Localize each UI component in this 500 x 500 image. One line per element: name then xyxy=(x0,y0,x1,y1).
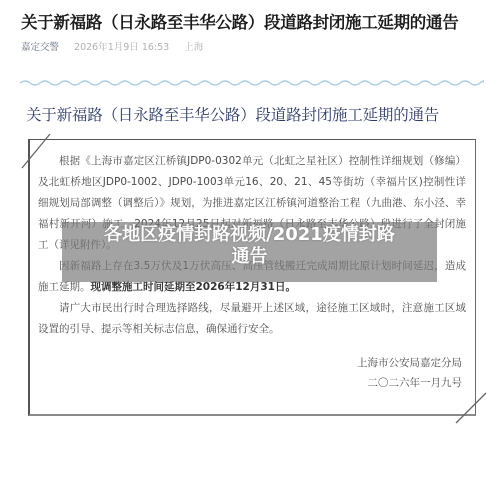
caption-overlay: 各地区疫情封路视频/2021疫情封路 通告 xyxy=(62,222,437,268)
caption-line-1: 各地区疫情封路视频/2021疫情封路 xyxy=(104,224,395,245)
signature-org: 上海市公安局嘉定分局 xyxy=(357,353,462,373)
frame-corner-bottom-right xyxy=(450,390,490,426)
publish-location: 上海 xyxy=(184,42,203,53)
document-title: 关于新福路（日永路至丰华公路）段道路封闭施工延期的通告 xyxy=(26,103,439,125)
page: 关于新福路（日永路至丰华公路）段道路封闭施工延期的通告 嘉定交警 2026年1月… xyxy=(0,0,500,500)
wavy-divider xyxy=(20,78,484,88)
paragraph-2-bold: 现调整施工时间延期至2026年12月31日。 xyxy=(91,281,296,293)
article-title: 关于新福路（日永路至丰华公路）段道路封闭施工延期的通告 xyxy=(21,9,458,33)
author-link[interactable]: 嘉定交警 xyxy=(21,42,59,53)
paragraph-3: 请广大市民出行时合理选择路线，尽量避开上述区域，途径施工区域时，注意施工区域设置… xyxy=(38,298,466,340)
publish-time: 2026年1月9日 16:53 xyxy=(74,42,169,53)
caption-line-2: 通告 xyxy=(62,246,437,268)
article-meta: 嘉定交警 2026年1月9日 16:53 上海 xyxy=(21,39,203,53)
signature-date: 二〇二六年一月九号 xyxy=(357,373,462,393)
signature-block: 上海市公安局嘉定分局 二〇二六年一月九号 xyxy=(357,353,462,393)
